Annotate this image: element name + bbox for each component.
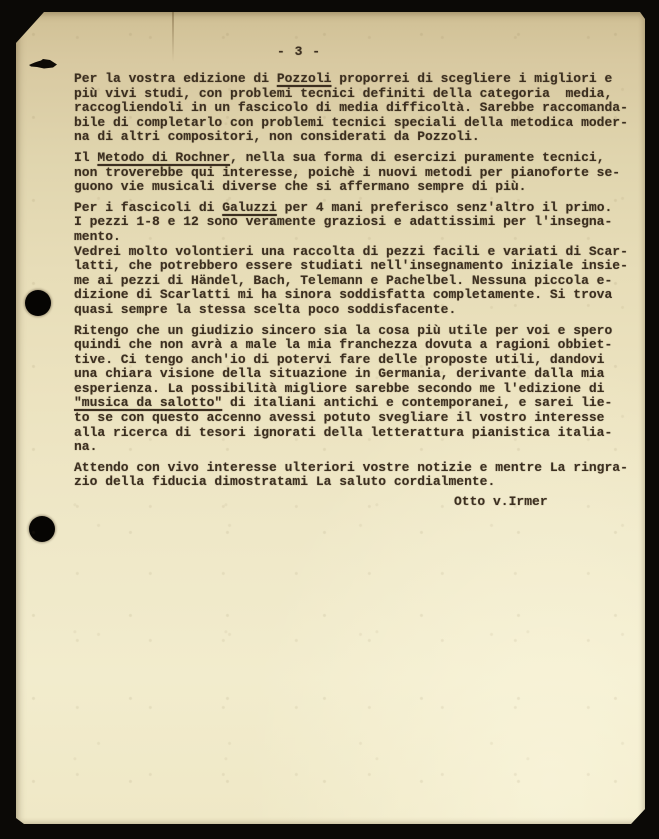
text-segment: una chiara visione della situazione in G… xyxy=(74,366,605,381)
paper-crease xyxy=(172,12,174,62)
text-segment: Per la vostra edizione di xyxy=(74,71,277,86)
text-segment: Ritengo che un giudizio sincero sia la c… xyxy=(74,323,612,338)
text-segment: me ai pezzi di Händel, Bach, Telemann e … xyxy=(74,273,612,288)
paragraph: Vedrei molto volontieri una raccolta di … xyxy=(74,245,654,318)
text-line: Vedrei molto volontieri una raccolta di … xyxy=(74,245,654,260)
text-segment: na. xyxy=(74,439,97,454)
text-line: quindi che non avrà a male la mia franch… xyxy=(74,338,654,353)
text-line: bile di completarlo con problemi tecnici… xyxy=(74,116,654,131)
text-segment: alla ricerca di tesori ignorati della le… xyxy=(74,425,612,440)
text-segment: tive. Ci tengo anch'io di potervi fare d… xyxy=(74,352,605,367)
text-line: na di altri compositori, non considerati… xyxy=(74,130,654,145)
scan-background: - 3 - Per la vostra edizione di Pozzoli … xyxy=(0,0,659,839)
text-segment: raccogliendoli in un fascicolo di media … xyxy=(74,100,628,115)
text-line: quasi sempre la stessa scelta poco soddi… xyxy=(74,303,654,318)
text-segment: guono vie musicali diverse che si afferm… xyxy=(74,179,526,194)
text-segment: to se con questo accenno avessi potuto s… xyxy=(74,410,605,425)
text-segment: mento. xyxy=(74,229,121,244)
text-line: raccogliendoli in un fascicolo di media … xyxy=(74,101,654,116)
text-line: Attendo con vivo interesse ulteriori vos… xyxy=(74,461,654,476)
text-line: "musica da salotto" di italiani antichi … xyxy=(74,396,654,411)
underlined-text: "musica da salotto" xyxy=(74,395,222,410)
text-line: latti, che potrebbero essere studiati ne… xyxy=(74,259,654,274)
letter-body: Per la vostra edizione di Pozzoli propor… xyxy=(74,72,654,510)
text-segment: di italiani antichi e contemporanei, e s… xyxy=(222,395,612,410)
signature: Otto v.Irmer xyxy=(454,495,654,510)
text-segment: Il xyxy=(74,150,97,165)
text-segment: esperienza. La possibilità migliore sare… xyxy=(74,381,605,396)
text-line: I pezzi 1-8 e 12 sono veramente graziosi… xyxy=(74,215,654,230)
handwritten-ink-mark xyxy=(29,57,59,73)
text-segment: latti, che potrebbero essere studiati ne… xyxy=(74,258,628,273)
text-segment: I pezzi 1-8 e 12 sono veramente graziosi… xyxy=(74,214,612,229)
text-segment: bile di completarlo con problemi tecnici… xyxy=(74,115,628,130)
text-segment: per 4 mani preferisco senz'altro il prim… xyxy=(277,200,612,215)
hole-punch-top xyxy=(25,290,51,316)
paragraph: Attendo con vivo interesse ulteriori vos… xyxy=(74,461,654,490)
underlined-text: Pozzoli xyxy=(277,71,332,86)
text-line: zio della fiducia dimostratami La saluto… xyxy=(74,475,654,490)
text-line: na. xyxy=(74,440,654,455)
text-segment: Vedrei molto volontieri una raccolta di … xyxy=(74,244,628,259)
paragraph: Per i fascicoli di Galuzzi per 4 mani pr… xyxy=(74,201,654,245)
text-segment: zio della fiducia dimostratami La saluto… xyxy=(74,474,495,489)
text-segment: Attendo con vivo interesse ulteriori vos… xyxy=(74,460,628,475)
letter-page: - 3 - Per la vostra edizione di Pozzoli … xyxy=(16,12,645,824)
text-line: Per la vostra edizione di Pozzoli propor… xyxy=(74,72,654,87)
text-line: una chiara visione della situazione in G… xyxy=(74,367,654,382)
text-segment: quindi che non avrà a male la mia franch… xyxy=(74,337,612,352)
text-segment: quasi sempre la stessa scelta poco soddi… xyxy=(74,302,456,317)
text-line: esperienza. La possibilità migliore sare… xyxy=(74,382,654,397)
text-line: tive. Ci tengo anch'io di potervi fare d… xyxy=(74,353,654,368)
text-segment: na di altri compositori, non considerati… xyxy=(74,129,480,144)
text-line: me ai pezzi di Händel, Bach, Telemann e … xyxy=(74,274,654,289)
page-number: - 3 - xyxy=(254,44,344,59)
text-line: più vivi studi, con problemi tecnici def… xyxy=(74,87,654,102)
text-segment: , nella sua forma di esercizi puramente … xyxy=(230,150,604,165)
text-line: to se con questo accenno avessi potuto s… xyxy=(74,411,654,426)
text-segment: proporrei di scegliere i migliori e xyxy=(331,71,612,86)
text-segment: non troverebbe qui interesse, poichè i n… xyxy=(74,165,620,180)
paragraph: Ritengo che un giudizio sincero sia la c… xyxy=(74,324,654,455)
paragraph: Il Metodo di Rochner, nella sua forma di… xyxy=(74,151,654,195)
text-line: guono vie musicali diverse che si afferm… xyxy=(74,180,654,195)
underlined-text: Metodo di Rochner xyxy=(97,150,230,165)
hole-punch-bottom xyxy=(29,516,55,542)
text-segment: dizione di Scarlatti mi ha sinora soddis… xyxy=(74,287,612,302)
text-line: alla ricerca di tesori ignorati della le… xyxy=(74,426,654,441)
text-line: Per i fascicoli di Galuzzi per 4 mani pr… xyxy=(74,201,654,216)
text-line: non troverebbe qui interesse, poichè i n… xyxy=(74,166,654,181)
text-segment: più vivi studi, con problemi tecnici def… xyxy=(74,86,612,101)
ink-dash-icon xyxy=(29,57,59,73)
text-line: Ritengo che un giudizio sincero sia la c… xyxy=(74,324,654,339)
text-line: mento. xyxy=(74,230,654,245)
paragraph: Per la vostra edizione di Pozzoli propor… xyxy=(74,72,654,145)
underlined-text: Galuzzi xyxy=(222,200,277,215)
text-line: dizione di Scarlatti mi ha sinora soddis… xyxy=(74,288,654,303)
text-segment: Per i fascicoli di xyxy=(74,200,222,215)
text-line: Il Metodo di Rochner, nella sua forma di… xyxy=(74,151,654,166)
